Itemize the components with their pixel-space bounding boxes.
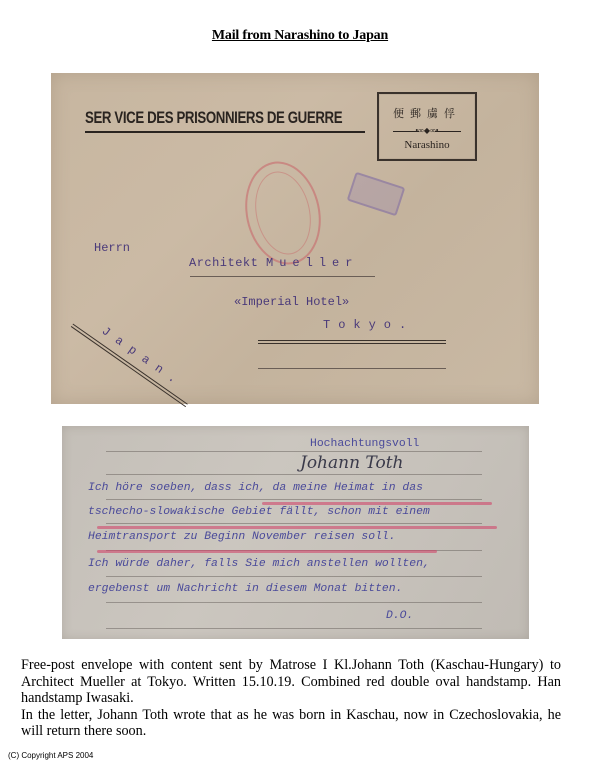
address-bottom-rule: [258, 368, 446, 369]
copyright-notice: (C) Copyright APS 2004: [8, 751, 93, 760]
red-pencil-underline: [262, 502, 492, 505]
letter-rule: [106, 451, 482, 452]
letter-line: Heimtransport zu Beginn November reisen …: [88, 531, 396, 543]
address-country-text: Japan.: [99, 324, 199, 400]
letter-image: Hochachtungsvoll Johann Toth Ich höre so…: [62, 426, 529, 639]
country-rule: [73, 324, 188, 405]
letter-rule: [106, 523, 482, 524]
address-city: Tokyo.: [323, 318, 414, 332]
letter-signature: Johann Toth: [300, 453, 403, 473]
caption-paragraph: In the letter, Johann Toth wrote that as…: [21, 707, 561, 740]
letter-line: tschecho-slowakische Gebiet fällt, schon…: [88, 506, 430, 518]
han-stamp-icon: [347, 172, 406, 217]
caption: Free-post envelope with content sent by …: [21, 657, 561, 740]
letter-rule: [106, 602, 482, 603]
letter-initials: D.O.: [386, 610, 413, 622]
letter-rule: [106, 474, 482, 475]
letter-rule: [106, 499, 482, 500]
address-salutation: Herrn: [94, 241, 130, 255]
postmark-box: 便郵虜俘 •∞◆∞• Narashino: [377, 92, 477, 161]
address-name-prefix: Architekt: [189, 256, 266, 270]
letter-line: ergebenst um Nachricht in diesem Monat b…: [88, 583, 402, 595]
ornament-icon: •∞◆∞•: [393, 126, 461, 135]
letter-line: Ich höre soeben, dass ich, da meine Heim…: [88, 482, 423, 494]
postmark-place: Narashino: [379, 139, 475, 151]
city-double-rule: [258, 340, 446, 341]
letter-line: Ich würde daher, falls Sie mich anstelle…: [88, 558, 430, 570]
city-double-rule-2: [258, 343, 446, 344]
envelope-header: SER VICE DES PRISONNIERS DE GUERRE: [85, 108, 342, 128]
header-underline: [85, 131, 365, 133]
postmark-kanji: 便郵虜俘: [379, 105, 475, 121]
envelope-image: SER VICE DES PRISONNIERS DE GUERRE 便郵虜俘 …: [51, 73, 539, 404]
caption-paragraph: Free-post envelope with content sent by …: [21, 657, 561, 707]
address-name: Architekt Mueller: [189, 256, 358, 270]
letter-closing: Hochachtungsvoll: [310, 438, 419, 450]
letter-rule: [106, 628, 482, 629]
address-rule: [190, 276, 375, 277]
letter-rule: [106, 576, 482, 577]
page-title: Mail from Narashino to Japan: [0, 28, 600, 44]
red-oval-stamp-icon: [236, 154, 330, 271]
address-hotel: «Imperial Hotel»: [234, 295, 349, 309]
address-name-surname: Mueller: [266, 256, 358, 270]
red-pencil-underline: [97, 550, 437, 553]
address-country: Japan.: [71, 308, 199, 407]
red-pencil-underline: [97, 526, 497, 529]
